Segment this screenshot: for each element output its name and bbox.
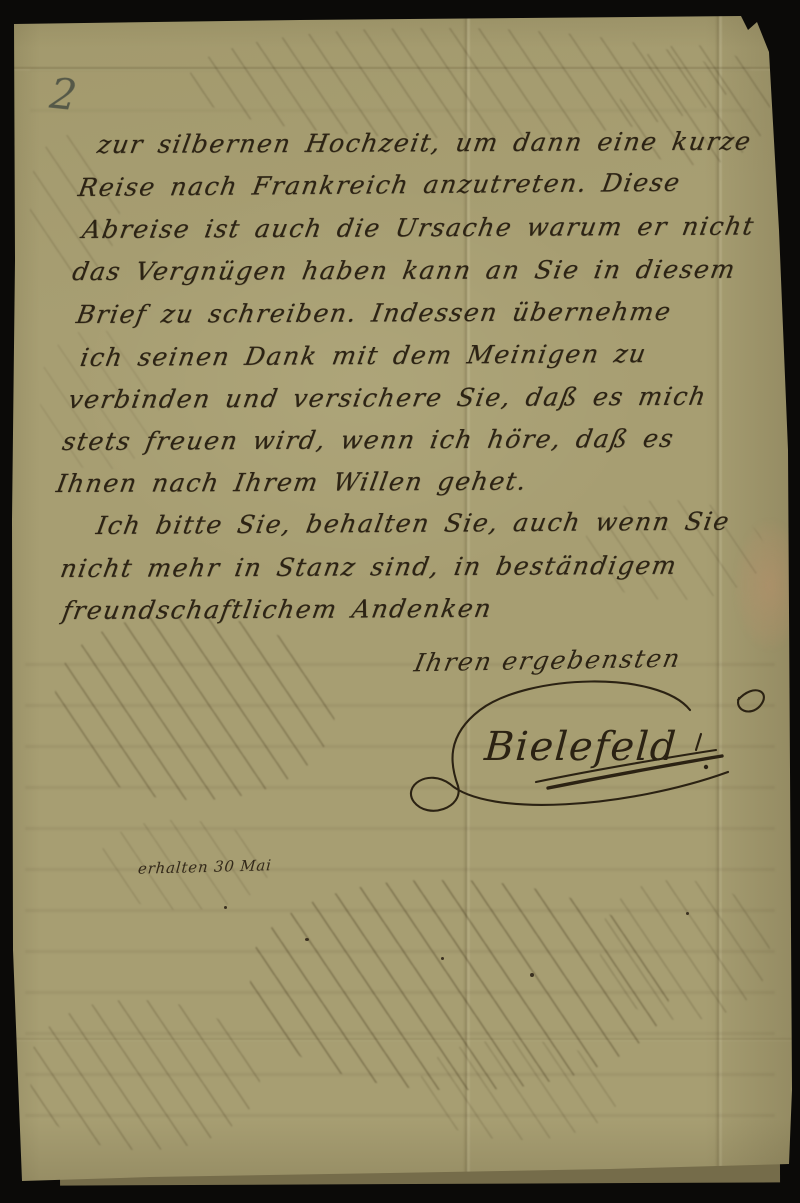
ink-speck <box>224 906 227 909</box>
signature-curl <box>738 690 764 711</box>
signature: Bielefeld <box>398 668 778 818</box>
handwriting-line: das Vergnügen haben kann an Sie in diese… <box>70 255 738 287</box>
signature-name: Bielefeld <box>482 724 679 770</box>
handwriting-line: Brief zu schreiben. Indessen übernehme <box>74 297 674 330</box>
ink-speck <box>686 912 689 915</box>
ink-speck <box>441 957 444 960</box>
handwriting-line: zur silbernen Hochzeit, um dann eine kur… <box>95 127 754 160</box>
archival-note: erhalten 30 Mai <box>137 858 272 877</box>
handwriting-line: Ihnen nach Ihrem Willen gehet. <box>54 467 530 499</box>
handwriting-line: Reise nach Frankreich anzutreten. Diese <box>76 168 683 203</box>
ink-speck <box>305 938 309 941</box>
bleedthrough-hatch <box>600 880 770 1020</box>
bleedthrough-hatch <box>420 1040 620 1140</box>
handwriting-line: nicht mehr in Stanz sind, in beständigem <box>58 551 680 584</box>
signature-dot <box>704 765 708 769</box>
signature-tick <box>696 734 701 750</box>
letter-page: 2 zur silbernen Hochzeit, um dann eine k… <box>0 0 800 1203</box>
pencil-page-number: 2 <box>48 73 79 118</box>
scanned-letter-image: 2 zur silbernen Hochzeit, um dann eine k… <box>0 0 800 1203</box>
handwriting-line: ich seinen Dank mit dem Meinigen zu <box>78 339 649 373</box>
handwriting-line: stets freuen wird, wenn ich höre, daß es <box>60 424 677 457</box>
handwriting-line: verbinden und versichere Sie, daß es mic… <box>66 382 709 415</box>
handwriting-line: Abreise ist auch die Ursache warum er ni… <box>80 211 757 245</box>
handwriting-line: freundschaftlichem Andenken <box>60 594 495 626</box>
handwriting-line: Ich bitte Sie, behalten Sie, auch wenn S… <box>94 507 732 541</box>
ink-speck <box>530 973 534 977</box>
